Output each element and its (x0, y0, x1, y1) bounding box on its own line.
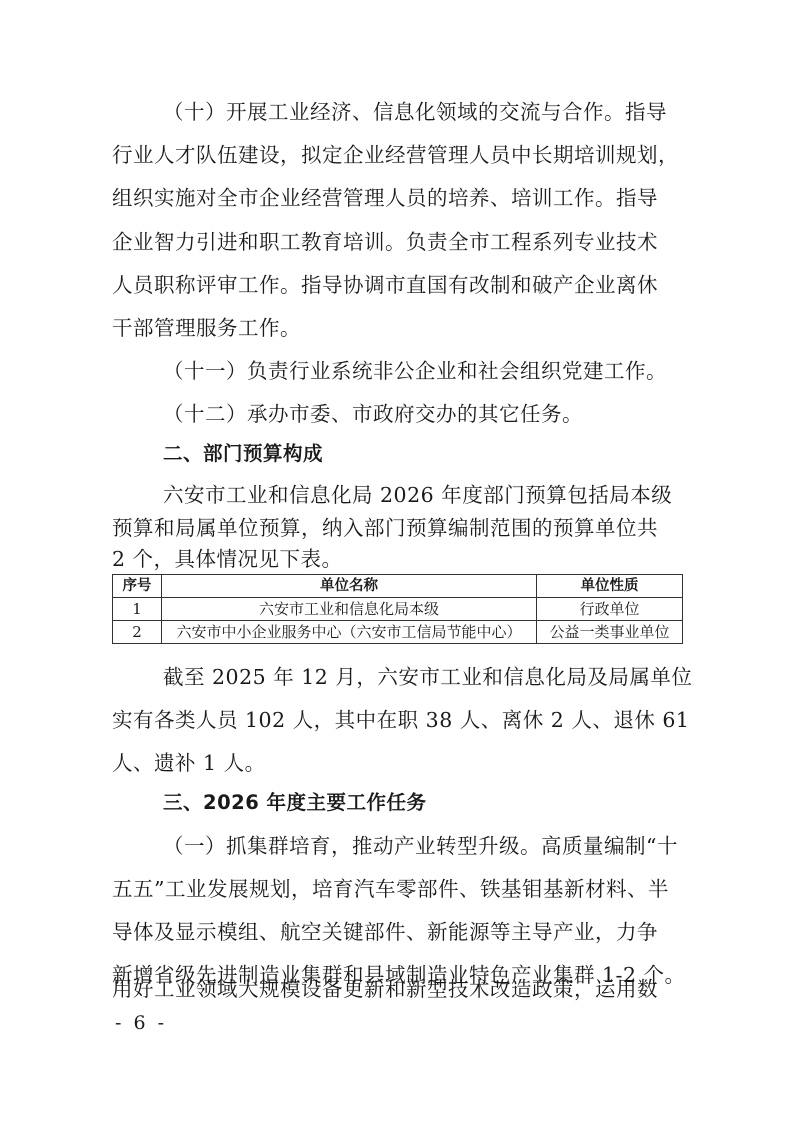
header-unit-name: 单位名称 (162, 575, 537, 598)
paragraph-line: 五五”工业发展规划，培育汽车零部件、铁基钼基新材料、半 (112, 875, 684, 903)
paragraph-line: （十一）负责行业系统非公企业和社会组织党建工作。 (163, 357, 684, 385)
paragraph-line: 人员职称评审工作。指导协调市直国有改制和破产企业离休 (112, 271, 684, 299)
cell-index: 2 (113, 621, 162, 644)
paragraph-line: 截至 2025 年 12 月，六安市工业和信息化局及局属单位 (163, 663, 684, 691)
budget-units-table: 序号 单位名称 单位性质 1 六安市工业和信息化局本级 行政单位 2 六安市中小… (112, 574, 683, 644)
table-row: 2 六安市中小企业服务中心（六安市工信局节能中心） 公益一类事业单位 (113, 621, 683, 644)
section-heading: 二、部门预算构成 (163, 440, 684, 468)
paragraph-line: 实有各类人员 102 人，其中在职 38 人、离休 2 人、退休 61 (112, 706, 684, 734)
paragraph-line: 2 个，具体情况见下表。 (112, 545, 684, 573)
paragraph-line: 人、遗补 1 人。 (112, 749, 684, 777)
header-index: 序号 (113, 575, 162, 598)
section-heading: 三、2026 年度主要工作任务 (163, 789, 684, 817)
paragraph-line: 组织实施对全市企业经营管理人员的培养、培训工作。指导 (112, 184, 684, 212)
paragraph-line: 导体及显示模组、航空关键部件、新能源等主导产业，力争 (112, 918, 684, 946)
paragraph-line: 行业人才队伍建设，拟定企业经营管理人员中长期培训规划， (112, 141, 684, 169)
paragraph-line: 预算和局属单位预算，纳入部门预算编制范围的预算单位共 (112, 514, 684, 542)
cell-index: 1 (113, 598, 162, 621)
paragraph-line: （十二）承办市委、市政府交办的其它任务。 (163, 400, 684, 428)
paragraph-line: 用好工业领域大规模设备更新和新型技术改造政策，运用数 (112, 975, 684, 1003)
cell-unit-name: 六安市中小企业服务中心（六安市工信局节能中心） (162, 621, 537, 644)
paragraph-line: （一）抓集群培育，推动产业转型升级。高质量编制“十 (163, 832, 684, 860)
paragraph-line: 干部管理服务工作。 (112, 314, 684, 342)
header-unit-type: 单位性质 (537, 575, 683, 598)
paragraph-line: 六安市工业和信息化局 2026 年度部门预算包括局本级 (163, 481, 684, 509)
cell-unit-name: 六安市工业和信息化局本级 (162, 598, 537, 621)
table-row: 1 六安市工业和信息化局本级 行政单位 (113, 598, 683, 621)
table-header-row: 序号 单位名称 单位性质 (113, 575, 683, 598)
page-number: - 6 - (115, 1012, 167, 1034)
cell-unit-type: 行政单位 (537, 598, 683, 621)
paragraph-line: 企业智力引进和职工教育培训。负责全市工程系列专业技术 (112, 228, 684, 256)
paragraph-line: （十）开展工业经济、信息化领域的交流与合作。指导 (163, 98, 684, 126)
cell-unit-type: 公益一类事业单位 (537, 621, 683, 644)
